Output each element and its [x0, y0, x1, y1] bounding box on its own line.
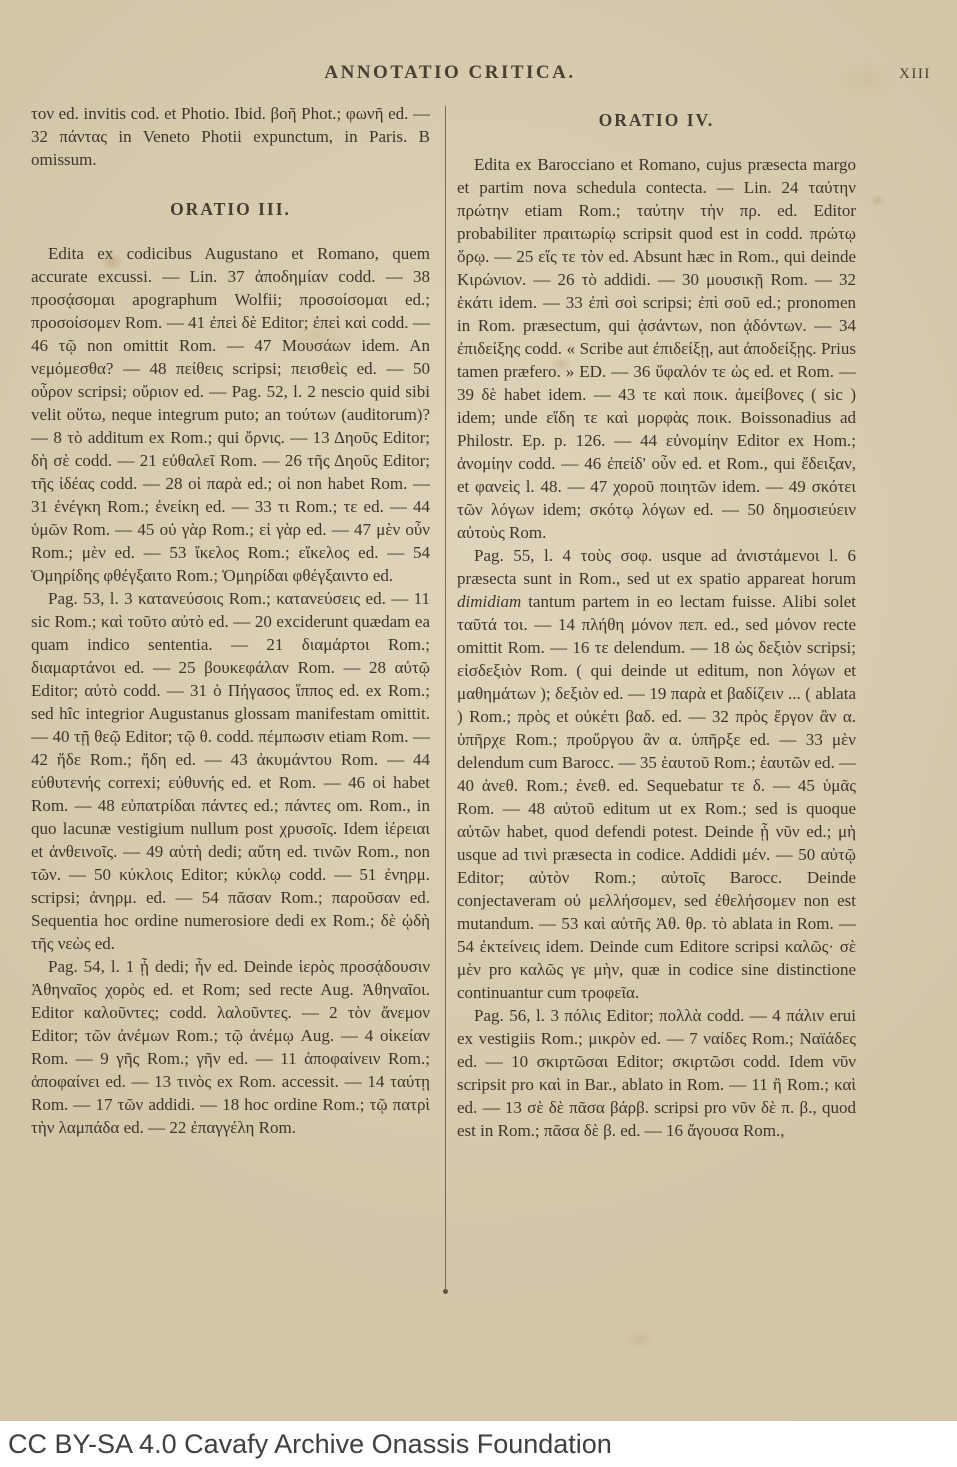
- annotation-paragraph: Pag. 56, l. 3 πόλις Editor; πολλὰ codd. …: [457, 1004, 856, 1142]
- book-page-scan: ANNOTATIO CRITICA. XIII τον ed. invitis …: [0, 0, 957, 1421]
- annotation-paragraph: Edita ex codicibus Augustano et Romano, …: [31, 242, 430, 587]
- annotation-paragraph: Pag. 53, l. 3 κατανεύσοις Rom.; κατανεύσ…: [31, 587, 430, 955]
- section-heading: ORATIO IV.: [457, 109, 856, 132]
- right-column: ORATIO IV.Edita ex Barocciano et Romano,…: [457, 102, 856, 1142]
- annotation-paragraph: Pag. 55, l. 4 τοὺς σοφ. usque ad ἀνιστάμ…: [457, 544, 856, 1004]
- section-heading: ORATIO III.: [31, 198, 430, 221]
- running-header-title: ANNOTATIO CRITICA.: [0, 62, 900, 84]
- annotation-paragraph: τον ed. invitis cod. et Photio. Ibid. βο…: [31, 102, 430, 171]
- column-divider-rule: [445, 106, 446, 1292]
- annotation-paragraph: Edita ex Barocciano et Romano, cujus præ…: [457, 153, 856, 544]
- license-caption-bar: CC BY-SA 4.0 Cavafy Archive Onassis Foun…: [0, 1421, 957, 1467]
- left-column: τον ed. invitis cod. et Photio. Ibid. βο…: [31, 102, 430, 1139]
- paper-stain: [870, 194, 886, 207]
- page-number: XIII: [899, 66, 944, 83]
- license-text: CC BY-SA 4.0 Cavafy Archive Onassis Foun…: [0, 1429, 612, 1460]
- annotation-paragraph: Pag. 54, l. 1 ᾗ dedi; ἦν ed. Deinde ἱερὸ…: [31, 955, 430, 1139]
- paper-stain: [624, 1330, 654, 1348]
